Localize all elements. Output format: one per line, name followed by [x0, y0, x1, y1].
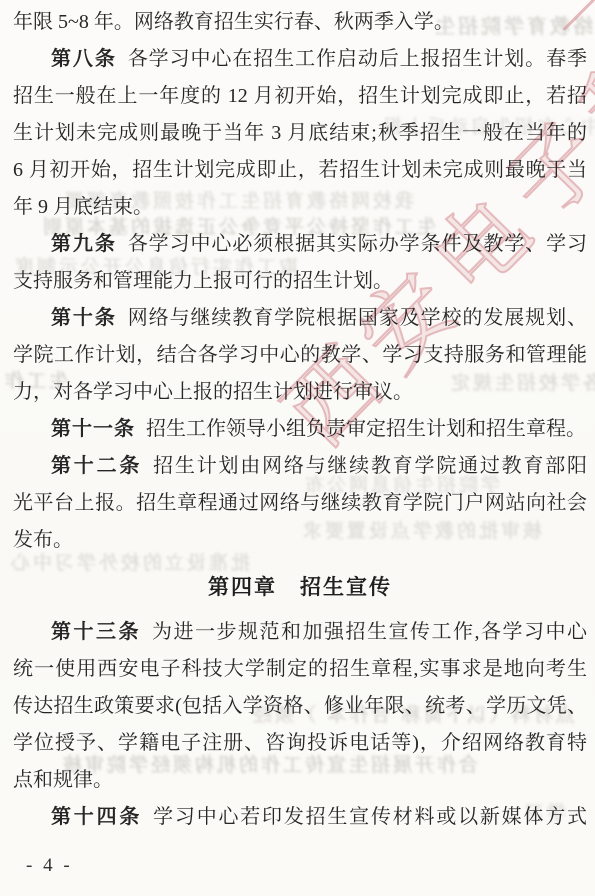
line-text: 学院工作计划，结合各学习中心的教学、学习支持服务和管理能 — [13, 344, 587, 366]
line-text: 支持服务和管理能力上报可行的招生计划。 — [13, 270, 393, 292]
line-text: 年限 5~8 年。网络教育招生实行春、秋两季入学。 — [13, 11, 454, 33]
line-text: 发布。 — [13, 529, 73, 551]
body-line: 第十条网络与继续教育学院根据国家及学校的发展规划、 — [13, 300, 587, 337]
body-line: 招生一般在上一年度的 12 月初开始，招生计划完成即止，若招 — [13, 78, 587, 115]
body-line: 光平台上报。招生章程通过网络与继续教育学院门户网站向社会 — [13, 485, 587, 522]
article-number-label: 第十条 — [51, 307, 117, 329]
article-number-label: 第八条 — [51, 48, 117, 70]
article-number-label: 第九条 — [51, 233, 117, 255]
body-line: 传达招生政策要求(包括入学资格、修业年限、统考、学历文凭、 — [13, 688, 587, 725]
line-text: 招生计划由网络与继续教育学院通过教育部阳 — [153, 455, 587, 477]
body-line: 生计划未完成则最晚于当年 3 月底结束;秋季招生一般在当年的 — [13, 115, 587, 152]
document-page: 网络教育学院招生 习中心在招生启动后上报 我校网络教育招生工作按照教育部要 生工… — [0, 0, 595, 896]
article-number-label: 第十三条 — [51, 621, 141, 643]
line-text: 网络与继续教育学院根据国家及学校的发展规划、 — [128, 307, 587, 329]
chapter-heading: 第四章 招生宣传 — [13, 569, 587, 606]
line-text: 生计划未完成则最晚于当年 3 月底结束;秋季招生一般在当年的 — [13, 122, 587, 144]
body-line: 点和规律。 — [13, 762, 587, 799]
line-text: 各学习中心必须根据其实际办学条件及教学、学习 — [128, 233, 587, 255]
line-text: 传达招生政策要求(包括入学资格、修业年限、统考、学历文凭、 — [13, 695, 587, 717]
body-line: 第十二条招生计划由网络与继续教育学院通过教育部阳 — [13, 448, 587, 485]
body-line: 年 9 月底结束。 — [13, 189, 587, 226]
body-line: 学院工作计划，结合各学习中心的教学、学习支持服务和管理能 — [13, 337, 587, 374]
body-line: 第十四条学习中心若印发招生宣传材料或以新媒体方式 — [13, 799, 587, 836]
line-text: 招生工作领导小组负责审定招生计划和招生章程。 — [146, 418, 586, 440]
line-text: 学习中心若印发招生宣传材料或以新媒体方式 — [153, 806, 587, 828]
article-number-label: 第十四条 — [51, 806, 142, 828]
body-line: 发布。 — [13, 522, 587, 559]
body-line: 第八条各学习中心在招生工作启动后上报招生计划。春季 — [13, 41, 587, 78]
body-line: 第十三条为进一步规范和加强招生宣传工作,各学习中心 — [13, 614, 587, 651]
body-line: 第十一条招生工作领导小组负责审定招生计划和招生章程。 — [13, 411, 587, 448]
line-text: 点和规律。 — [13, 769, 113, 791]
line-text: 光平台上报。招生章程通过网络与继续教育学院门户网站向社会 — [13, 492, 587, 514]
document-body: 年限 5~8 年。网络教育招生实行春、秋两季入学。 第八条各学习中心在招生工作启… — [0, 0, 595, 836]
page-number: - 4 - — [26, 855, 73, 877]
line-text: 力，对各学习中心上报的招生计划进行审议。 — [13, 381, 413, 403]
article-number-label: 第十一条 — [51, 418, 135, 440]
body-line: 6 月初开始，招生计划完成即止，若招生计划未完成则最晚于当 — [13, 152, 587, 189]
body-line: 统一使用西安电子科技大学制定的招生章程,实事求是地向考生 — [13, 651, 587, 688]
line-text: 各学习中心在招生工作启动后上报招生计划。春季 — [128, 48, 587, 70]
line-text: 为进一步规范和加强招生宣传工作,各学习中心 — [152, 621, 587, 643]
body-line: 力，对各学习中心上报的招生计划进行审议。 — [13, 374, 587, 411]
body-line: 第九条各学习中心必须根据其实际办学条件及教学、学习 — [13, 226, 587, 263]
body-line: 支持服务和管理能力上报可行的招生计划。 — [13, 263, 587, 300]
article-number-label: 第十二条 — [51, 455, 142, 477]
line-text: 学位授予、学籍电子注册、咨询投诉电话等)，介绍网络教育特 — [13, 732, 587, 754]
line-text: 6 月初开始，招生计划完成即止，若招生计划未完成则最晚于当 — [13, 159, 587, 181]
body-line: 年限 5~8 年。网络教育招生实行春、秋两季入学。 — [13, 4, 587, 41]
line-text: 招生一般在上一年度的 12 月初开始，招生计划完成即止，若招 — [13, 85, 587, 107]
line-text: 统一使用西安电子科技大学制定的招生章程,实事求是地向考生 — [13, 658, 587, 680]
line-text: 年 9 月底结束。 — [13, 196, 153, 218]
body-line: 学位授予、学籍电子注册、咨询投诉电话等)，介绍网络教育特 — [13, 725, 587, 762]
